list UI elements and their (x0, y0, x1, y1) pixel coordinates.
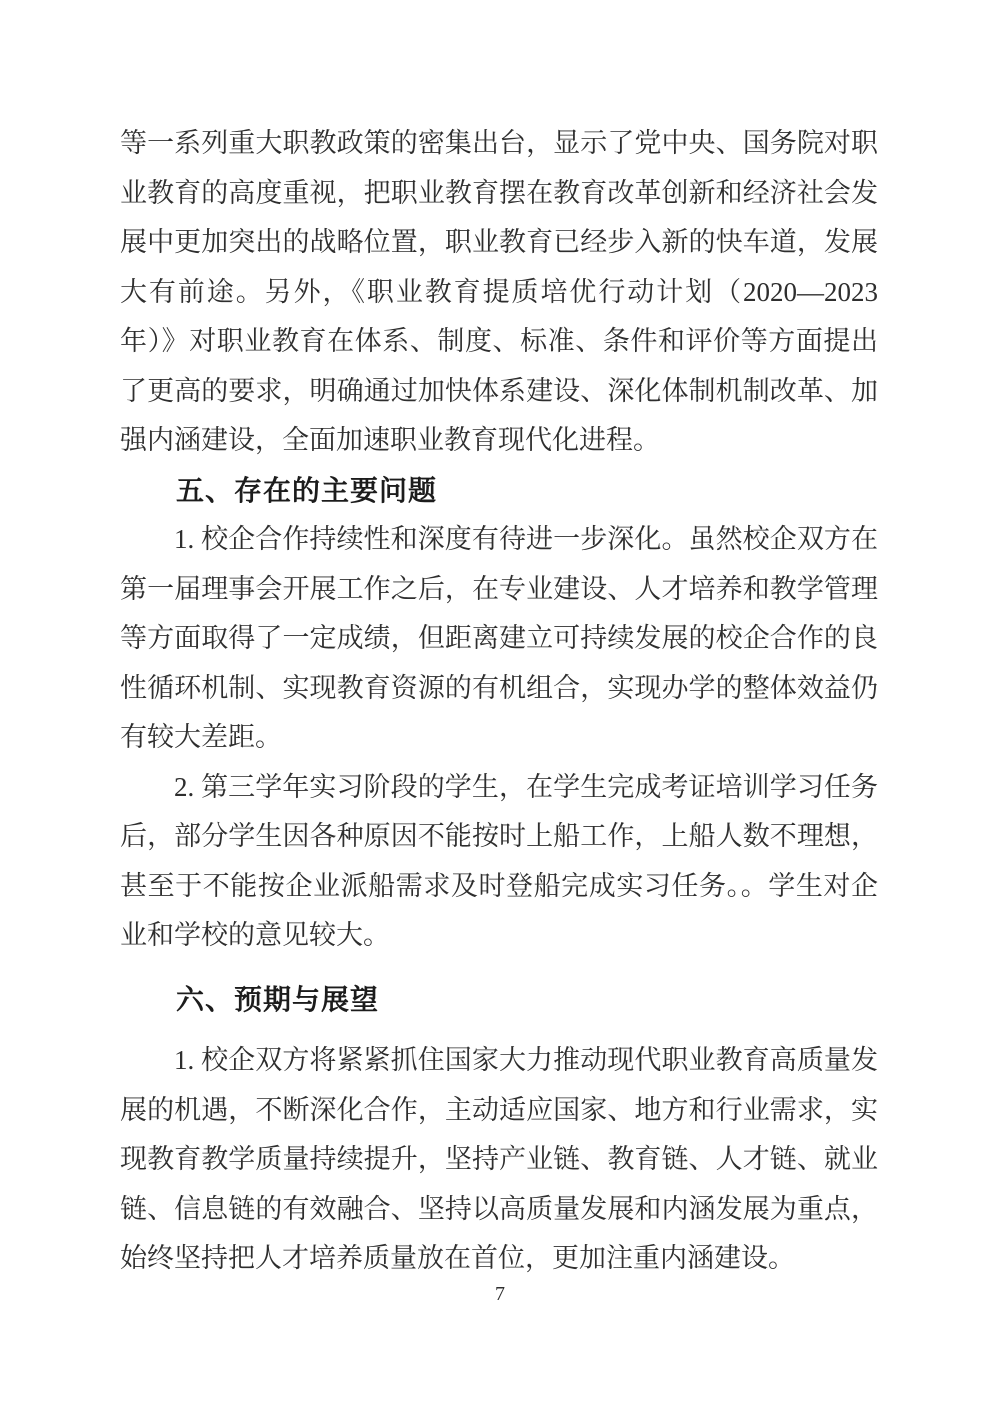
body-paragraph: 1. 校企合作持续性和深度有待进一步深化。虽然校企双方在第一届理事会开展工作之后… (120, 515, 878, 763)
body-paragraph: 1. 校企双方将紧紧抓住国家大力推动现代职业教育高质量发展的机遇，不断深化合作，… (120, 1036, 878, 1284)
section-heading-problems: 五、存在的主要问题 (120, 466, 878, 516)
section-heading-outlook: 六、预期与展望 (120, 975, 878, 1025)
document-page: 等一系列重大职教政策的密集出台，显示了党中央、国务院对职业教育的高度重视，把职业… (0, 0, 1000, 1414)
body-paragraph: 2. 第三学年实习阶段的学生，在学生完成考证培训学习任务后，部分学生因各种原因不… (120, 763, 878, 961)
page-number: 7 (0, 1282, 1000, 1306)
page-content: 等一系列重大职教政策的密集出台，显示了党中央、国务院对职业教育的高度重视，把职业… (120, 119, 878, 1284)
body-paragraph-continuation: 等一系列重大职教政策的密集出台，显示了党中央、国务院对职业教育的高度重视，把职业… (120, 119, 878, 466)
